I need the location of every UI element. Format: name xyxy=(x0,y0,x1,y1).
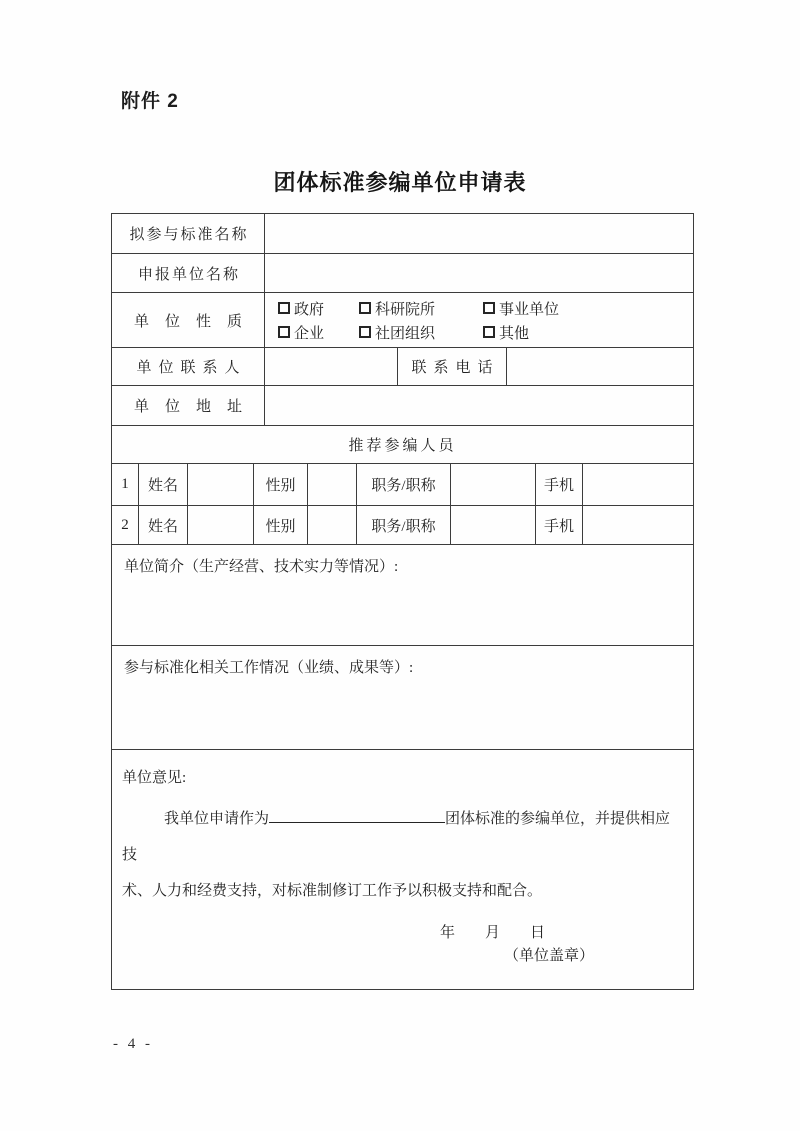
person-title-label: 职务/职称 xyxy=(371,474,435,495)
standard-name-value-cell[interactable] xyxy=(265,214,694,254)
opinion-statement: 我单位申请作为团体标准的参编单位，并提供相应技 术、人力和经费支持，对标准制修订… xyxy=(122,801,683,909)
statement-prefix: 我单位申请作为 xyxy=(164,811,269,827)
checkbox-icon xyxy=(359,326,371,338)
checkbox-label: 企业 xyxy=(294,322,324,343)
unit-seal-note: （单位盖章） xyxy=(440,945,594,968)
person-gender-label-cell: 性别 xyxy=(254,506,308,545)
checkbox-icon xyxy=(278,326,290,338)
checkbox-icon xyxy=(278,302,290,314)
person-name-label-cell: 姓名 xyxy=(139,506,188,545)
contact-label-cell: 单位联系人 xyxy=(112,348,265,386)
unit-name-label-cell: 申报单位名称 xyxy=(112,254,265,293)
person-mobile-value-cell[interactable] xyxy=(583,464,694,506)
unit-profile-cell[interactable]: 单位简介（生产经营、技术实力等情况）: xyxy=(112,545,694,646)
personnel-row-1: 1 姓名 性别 职务/职称 手机 xyxy=(112,464,694,506)
person-gender-label-cell: 性别 xyxy=(254,464,308,506)
attachment-label: 附件 2 xyxy=(121,86,179,113)
unit-profile-label: 单位简介（生产经营、技术实力等情况）: xyxy=(124,555,398,576)
date-line: 年 月 日 xyxy=(440,922,594,945)
application-form-table: 拟参与标准名称 申报单位名称 单位性质 xyxy=(111,213,694,990)
contact-value-cell[interactable] xyxy=(265,348,398,386)
person-number-cell: 1 xyxy=(112,464,139,506)
person-number-cell: 2 xyxy=(112,506,139,545)
checkbox-option-research-institute[interactable]: 科研院所 xyxy=(359,298,483,319)
unit-opinion-label: 单位意见: xyxy=(122,766,683,787)
checkbox-label: 社团组织 xyxy=(375,322,435,343)
person-title-label: 职务/职称 xyxy=(371,515,435,536)
standard-name-blank-line[interactable] xyxy=(269,809,445,823)
checkbox-icon xyxy=(483,326,495,338)
page-title: 团体标准参编单位申请表 xyxy=(0,166,800,197)
checkbox-label: 其他 xyxy=(499,322,529,343)
row-contact: 单位联系人 联系电话 xyxy=(112,348,694,386)
checkbox-option-social-organization[interactable]: 社团组织 xyxy=(359,322,483,343)
phone-label-cell: 联系电话 xyxy=(398,348,507,386)
person-name-value-cell[interactable] xyxy=(188,464,254,506)
person-title-label-cell: 职务/职称 xyxy=(357,464,451,506)
address-label: 单位地址 xyxy=(134,395,258,416)
nature-options-line-1: 政府 科研院所 事业单位 xyxy=(278,298,693,319)
unit-nature-label-cell: 单位性质 xyxy=(112,293,265,348)
row-unit-opinion: 单位意见: 我单位申请作为团体标准的参编单位，并提供相应技 术、人力和经费支持，… xyxy=(112,750,694,990)
personnel-header: 推荐参编人员 xyxy=(348,434,456,455)
person-number: 2 xyxy=(121,517,129,534)
person-name-value-cell[interactable] xyxy=(188,506,254,545)
person-title-value-cell[interactable] xyxy=(451,464,536,506)
checkbox-option-enterprise[interactable]: 企业 xyxy=(278,322,359,343)
person-name-label: 姓名 xyxy=(148,515,178,536)
person-number: 1 xyxy=(121,476,129,493)
person-gender-value-cell[interactable] xyxy=(308,464,357,506)
personnel-row-2: 2 姓名 性别 职务/职称 手机 xyxy=(112,506,694,545)
person-name-label-cell: 姓名 xyxy=(139,464,188,506)
person-mobile-value-cell[interactable] xyxy=(583,506,694,545)
person-title-label-cell: 职务/职称 xyxy=(357,506,451,545)
opinion-statement-line-2: 术、人力和经费支持，对标准制修订工作予以积极支持和配合。 xyxy=(122,873,683,909)
person-mobile-label: 手机 xyxy=(544,515,574,536)
row-unit-nature: 单位性质 政府 科研院所 事业单位 xyxy=(112,293,694,348)
person-gender-label: 性别 xyxy=(265,515,295,536)
checkbox-option-government[interactable]: 政府 xyxy=(278,298,359,319)
person-title-value-cell[interactable] xyxy=(451,506,536,545)
address-label-cell: 单位地址 xyxy=(112,386,265,426)
standard-name-label-cell: 拟参与标准名称 xyxy=(112,214,265,254)
person-mobile-label-cell: 手机 xyxy=(536,506,583,545)
unit-name-value-cell[interactable] xyxy=(265,254,694,293)
checkbox-label: 科研院所 xyxy=(375,298,435,319)
checkbox-label: 政府 xyxy=(294,298,324,319)
row-address: 单位地址 xyxy=(112,386,694,426)
nature-options-line-2: 企业 社团组织 其他 xyxy=(278,322,693,343)
standardization-experience-label: 参与标准化相关工作情况（业绩、成果等）: xyxy=(124,656,413,677)
checkbox-option-other[interactable]: 其他 xyxy=(483,322,529,343)
unit-opinion-cell: 单位意见: 我单位申请作为团体标准的参编单位，并提供相应技 术、人力和经费支持，… xyxy=(112,750,694,990)
row-personnel-header: 推荐参编人员 xyxy=(112,426,694,464)
row-standardization-experience: 参与标准化相关工作情况（业绩、成果等）: xyxy=(112,646,694,750)
checkbox-icon xyxy=(359,302,371,314)
page-number: - 4 - xyxy=(113,1036,153,1053)
document-page: 附件 2 团体标准参编单位申请表 拟参与标准名称 申报单位名称 单位性质 xyxy=(0,0,800,1131)
standard-name-label: 拟参与标准名称 xyxy=(129,223,248,244)
unit-name-label: 申报单位名称 xyxy=(138,263,240,284)
row-standard-name: 拟参与标准名称 xyxy=(112,214,694,254)
opinion-statement-line-1: 我单位申请作为团体标准的参编单位，并提供相应技 xyxy=(122,801,683,873)
unit-nature-label: 单位性质 xyxy=(134,310,258,331)
row-unit-profile: 单位简介（生产经营、技术实力等情况）: xyxy=(112,545,694,646)
address-value-cell[interactable] xyxy=(265,386,694,426)
checkbox-icon xyxy=(483,302,495,314)
person-gender-value-cell[interactable] xyxy=(308,506,357,545)
checkbox-option-public-institution[interactable]: 事业单位 xyxy=(483,298,559,319)
standardization-experience-cell[interactable]: 参与标准化相关工作情况（业绩、成果等）: xyxy=(112,646,694,750)
person-gender-label: 性别 xyxy=(265,474,295,495)
person-mobile-label: 手机 xyxy=(544,474,574,495)
unit-nature-options-cell: 政府 科研院所 事业单位 企业 xyxy=(265,293,694,348)
contact-label: 单位联系人 xyxy=(136,356,246,377)
signature-date-block: 年 月 日 （单位盖章） xyxy=(440,922,594,968)
person-mobile-label-cell: 手机 xyxy=(536,464,583,506)
phone-label: 联系电话 xyxy=(411,356,499,377)
personnel-header-cell: 推荐参编人员 xyxy=(112,426,694,464)
row-unit-name: 申报单位名称 xyxy=(112,254,694,293)
checkbox-label: 事业单位 xyxy=(499,298,559,319)
person-name-label: 姓名 xyxy=(148,474,178,495)
phone-value-cell[interactable] xyxy=(507,348,694,386)
